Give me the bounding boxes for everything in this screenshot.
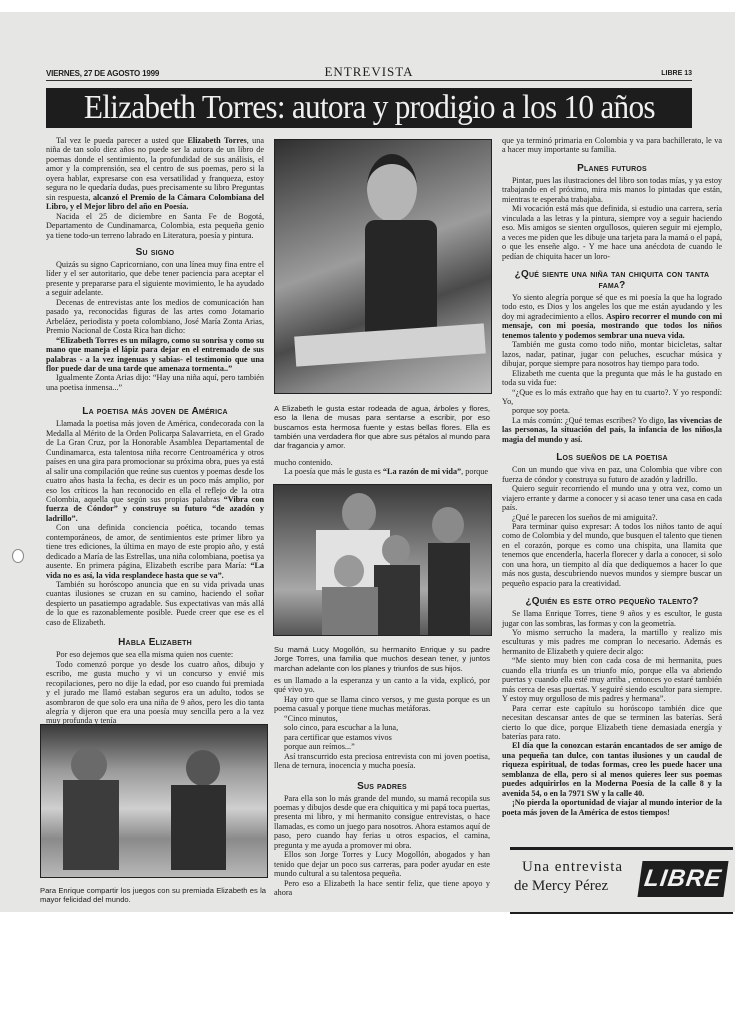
- paragraph: Para terminar quiso expresar: A todos lo…: [502, 522, 722, 588]
- quote: “Elizabeth Torres es un milagro, como su…: [46, 336, 264, 374]
- binder-hole: [12, 549, 24, 563]
- column-1: Tal vez le pueda parecer a usted que Eli…: [46, 136, 264, 726]
- paragraph: Llamada la poetisa más joven de América,…: [46, 419, 264, 523]
- boy-figure: [334, 555, 364, 587]
- subheading-siente: ¿Qué siente una niña tan chiquita con ta…: [502, 269, 722, 291]
- photo-enrique-elizabeth: [40, 724, 268, 878]
- paragraph: Hay otro que se llama cinco versos, y me…: [274, 695, 490, 714]
- subheading-signo: Su signo: [46, 247, 264, 258]
- child-figure: [63, 780, 119, 870]
- paragraph: Pintar, pues las ilustraciones del libro…: [502, 176, 722, 204]
- paragraph: Todo comenzó porque yo desde los cuatro …: [46, 660, 264, 726]
- paragraph: Con un mundo que viva en paz, una Colomb…: [502, 465, 722, 484]
- mother-figure: [428, 543, 470, 635]
- subheading-quien: ¿Quién es este otro pequeño talento?: [502, 596, 722, 607]
- child-figure: [71, 747, 107, 783]
- photo-caption: Para Enrique compartir los juegos con su…: [40, 886, 266, 905]
- paragraph: Elizabeth me cuenta que la pregunta que …: [502, 369, 722, 388]
- paragraph: Con una definida conciencia poética, toc…: [46, 523, 264, 580]
- paragraph: Mi vocación está más que definida, si es…: [502, 204, 722, 261]
- photo-elizabeth-garden: [274, 139, 492, 394]
- page-header: VIERNES, 27 DE AGOSTO 1999 ENTREVISTA LI…: [46, 66, 692, 81]
- paragraph: Por eso dejemos que sea ella misma quien…: [46, 650, 264, 659]
- column-2-top: mucho contenido. La poesía que más le gu…: [274, 458, 490, 477]
- paragraph: También me gusta como todo niño, montar …: [502, 340, 722, 368]
- girl-figure: [374, 565, 420, 635]
- poem: “Cinco minutos, solo cinco, para escucha…: [274, 714, 490, 752]
- paragraph: “Me siento muy bien con cada cosa de mi …: [502, 656, 722, 703]
- subheading-poetisa: La poetisa más joven de América: [46, 406, 264, 417]
- headline-bar: Elizabeth Torres: autora y prodigio a lo…: [46, 88, 692, 128]
- paragraph: Igualmente Zonta Arias dijo: “Hay una ni…: [46, 373, 264, 392]
- paragraph: Quiero seguir recorriendo el mundo una y…: [502, 484, 722, 512]
- child-figure: [171, 785, 226, 870]
- byline: Una entrevista de Mercy Pérez: [514, 858, 623, 896]
- section-name: ENTREVISTA: [46, 64, 692, 80]
- paragraph: El día que la conozcan estarán encantado…: [502, 741, 722, 798]
- boy-figure: [322, 587, 378, 635]
- column-2-bottom: es un llamado a la esperanza y un canto …: [274, 676, 490, 898]
- paragraph: Decenas de entrevistas ante los medios d…: [46, 298, 264, 336]
- paragraph: Nacida el 25 de diciembre en Santa Fe de…: [46, 212, 264, 240]
- paragraph: Quizás su signo Capricorniano, con una l…: [46, 260, 264, 298]
- libre-logo: LIBRE: [637, 861, 728, 897]
- page-number: LIBRE 13: [661, 70, 692, 77]
- paragraph: Se llama Enrique Torres, tiene 9 años y …: [502, 609, 722, 628]
- photo-family: [273, 484, 492, 636]
- paragraph: Yo mismo serrucho la madera, la martillo…: [502, 628, 722, 656]
- paragraph: Ellos son Jorge Torres y Lucy Mogollón, …: [274, 850, 490, 878]
- subheading-padres: Sus padres: [274, 781, 490, 792]
- paragraph: Pero eso a Elizabeth la hace sentir feli…: [274, 879, 490, 898]
- child-figure: [186, 750, 220, 786]
- mother-figure: [432, 507, 464, 543]
- fountain-edge: [294, 323, 486, 366]
- paragraph: ¡No pierda la oportunidad de viajar al m…: [502, 798, 722, 817]
- paragraph: La poesía que más le gusta es “La razón …: [274, 467, 490, 476]
- paragraph: Yo siento alegría porque sé que es mi po…: [502, 293, 722, 340]
- subheading-planes: Planes futuros: [502, 163, 722, 174]
- girl-dress: [365, 220, 437, 340]
- father-figure: [342, 493, 376, 533]
- paragraph: que ya terminó primaria en Colombia y va…: [502, 136, 722, 155]
- paragraph: También su horóscopo anuncia que en su v…: [46, 580, 264, 627]
- headline: Elizabeth Torres: autora y prodigio a lo…: [83, 89, 654, 127]
- subheading-habla: Habla Elizabeth: [46, 637, 264, 648]
- column-3: que ya terminó primaria en Colombia y va…: [502, 136, 722, 817]
- paragraph: La más común: ¿Qué temas escribes? Yo di…: [502, 416, 722, 444]
- paragraph: ¿Qué le parecen los sueños de mi amiguit…: [502, 513, 722, 522]
- paragraph: “¿Que es lo más extraño que hay en tu cu…: [502, 388, 722, 407]
- photo-caption: A Elizabeth le gusta estar rodeada de ag…: [274, 404, 490, 450]
- paragraph: mucho contenido.: [274, 458, 490, 467]
- subheading-suenos: Los sueños de la poetisa: [502, 452, 722, 463]
- paragraph: porque soy poeta.: [502, 406, 722, 415]
- newspaper-page: VIERNES, 27 DE AGOSTO 1999 ENTREVISTA LI…: [0, 12, 735, 912]
- girl-figure: [382, 535, 410, 565]
- byline-box: Una entrevista de Mercy Pérez LIBRE: [510, 847, 733, 914]
- paragraph: Para ella son lo más grande del mundo, s…: [274, 794, 490, 851]
- paragraph: Para cerrar este capítulo su horóscopo t…: [502, 704, 722, 742]
- paragraph: Así transcurrido esta preciosa entrevist…: [274, 752, 490, 771]
- girl-face: [367, 154, 417, 222]
- photo-caption: Su mamá Lucy Mogollón, su hermanito Enri…: [274, 645, 490, 673]
- paragraph: Tal vez le pueda parecer a usted que Eli…: [46, 136, 264, 212]
- paragraph: es un llamado a la esperanza y un canto …: [274, 676, 490, 695]
